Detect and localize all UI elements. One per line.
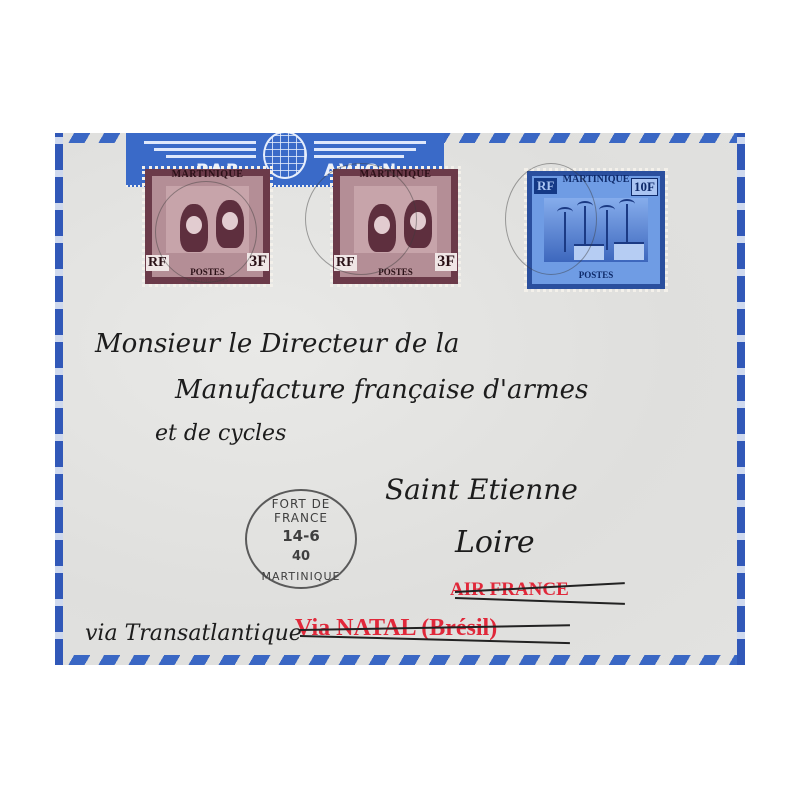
address-line-3: et de cycles (155, 421, 286, 446)
address-line-1: Monsieur le Directeur de la (95, 329, 459, 359)
cancel-mark (155, 181, 257, 283)
stamp-value: 10F (631, 178, 658, 196)
wing-icon (314, 148, 416, 151)
palm-tree-icon (606, 210, 608, 250)
address-line-2: Manufacture française d'armes (175, 375, 588, 405)
wing-icon (314, 141, 426, 144)
cancel-mark (305, 163, 417, 275)
airmail-right-border (737, 133, 745, 665)
postmark-top-text: FORT DE FRANCE (247, 497, 355, 525)
address-line-5: Loire (455, 525, 535, 560)
wing-icon (314, 155, 404, 158)
stamp-country: MARTINIQUE (152, 169, 263, 180)
wing-icon (144, 141, 256, 144)
address-line-4: Saint Etienne (385, 473, 578, 506)
hut-icon (614, 242, 644, 260)
routing-note: via Transatlantique (85, 621, 302, 646)
airmail-left-border (55, 133, 63, 665)
airmail-envelope: PAR AVION MARTINIQUE RF 3F POSTES MARTIN… (55, 133, 745, 665)
postmark-fort-de-france: FORT DE FRANCE 14-6 40 MARTINIQUE (245, 489, 357, 589)
postmark-year: 40 (247, 549, 355, 564)
wing-icon (154, 148, 256, 151)
stamp-caption: MARTINIQUAISES (340, 279, 451, 284)
cancel-mark (505, 163, 597, 275)
postmark-bottom-text: MARTINIQUE (247, 570, 355, 583)
airmail-bottom-border (55, 655, 745, 665)
wing-icon (166, 155, 256, 158)
postmark-date: 14-6 (247, 527, 355, 545)
